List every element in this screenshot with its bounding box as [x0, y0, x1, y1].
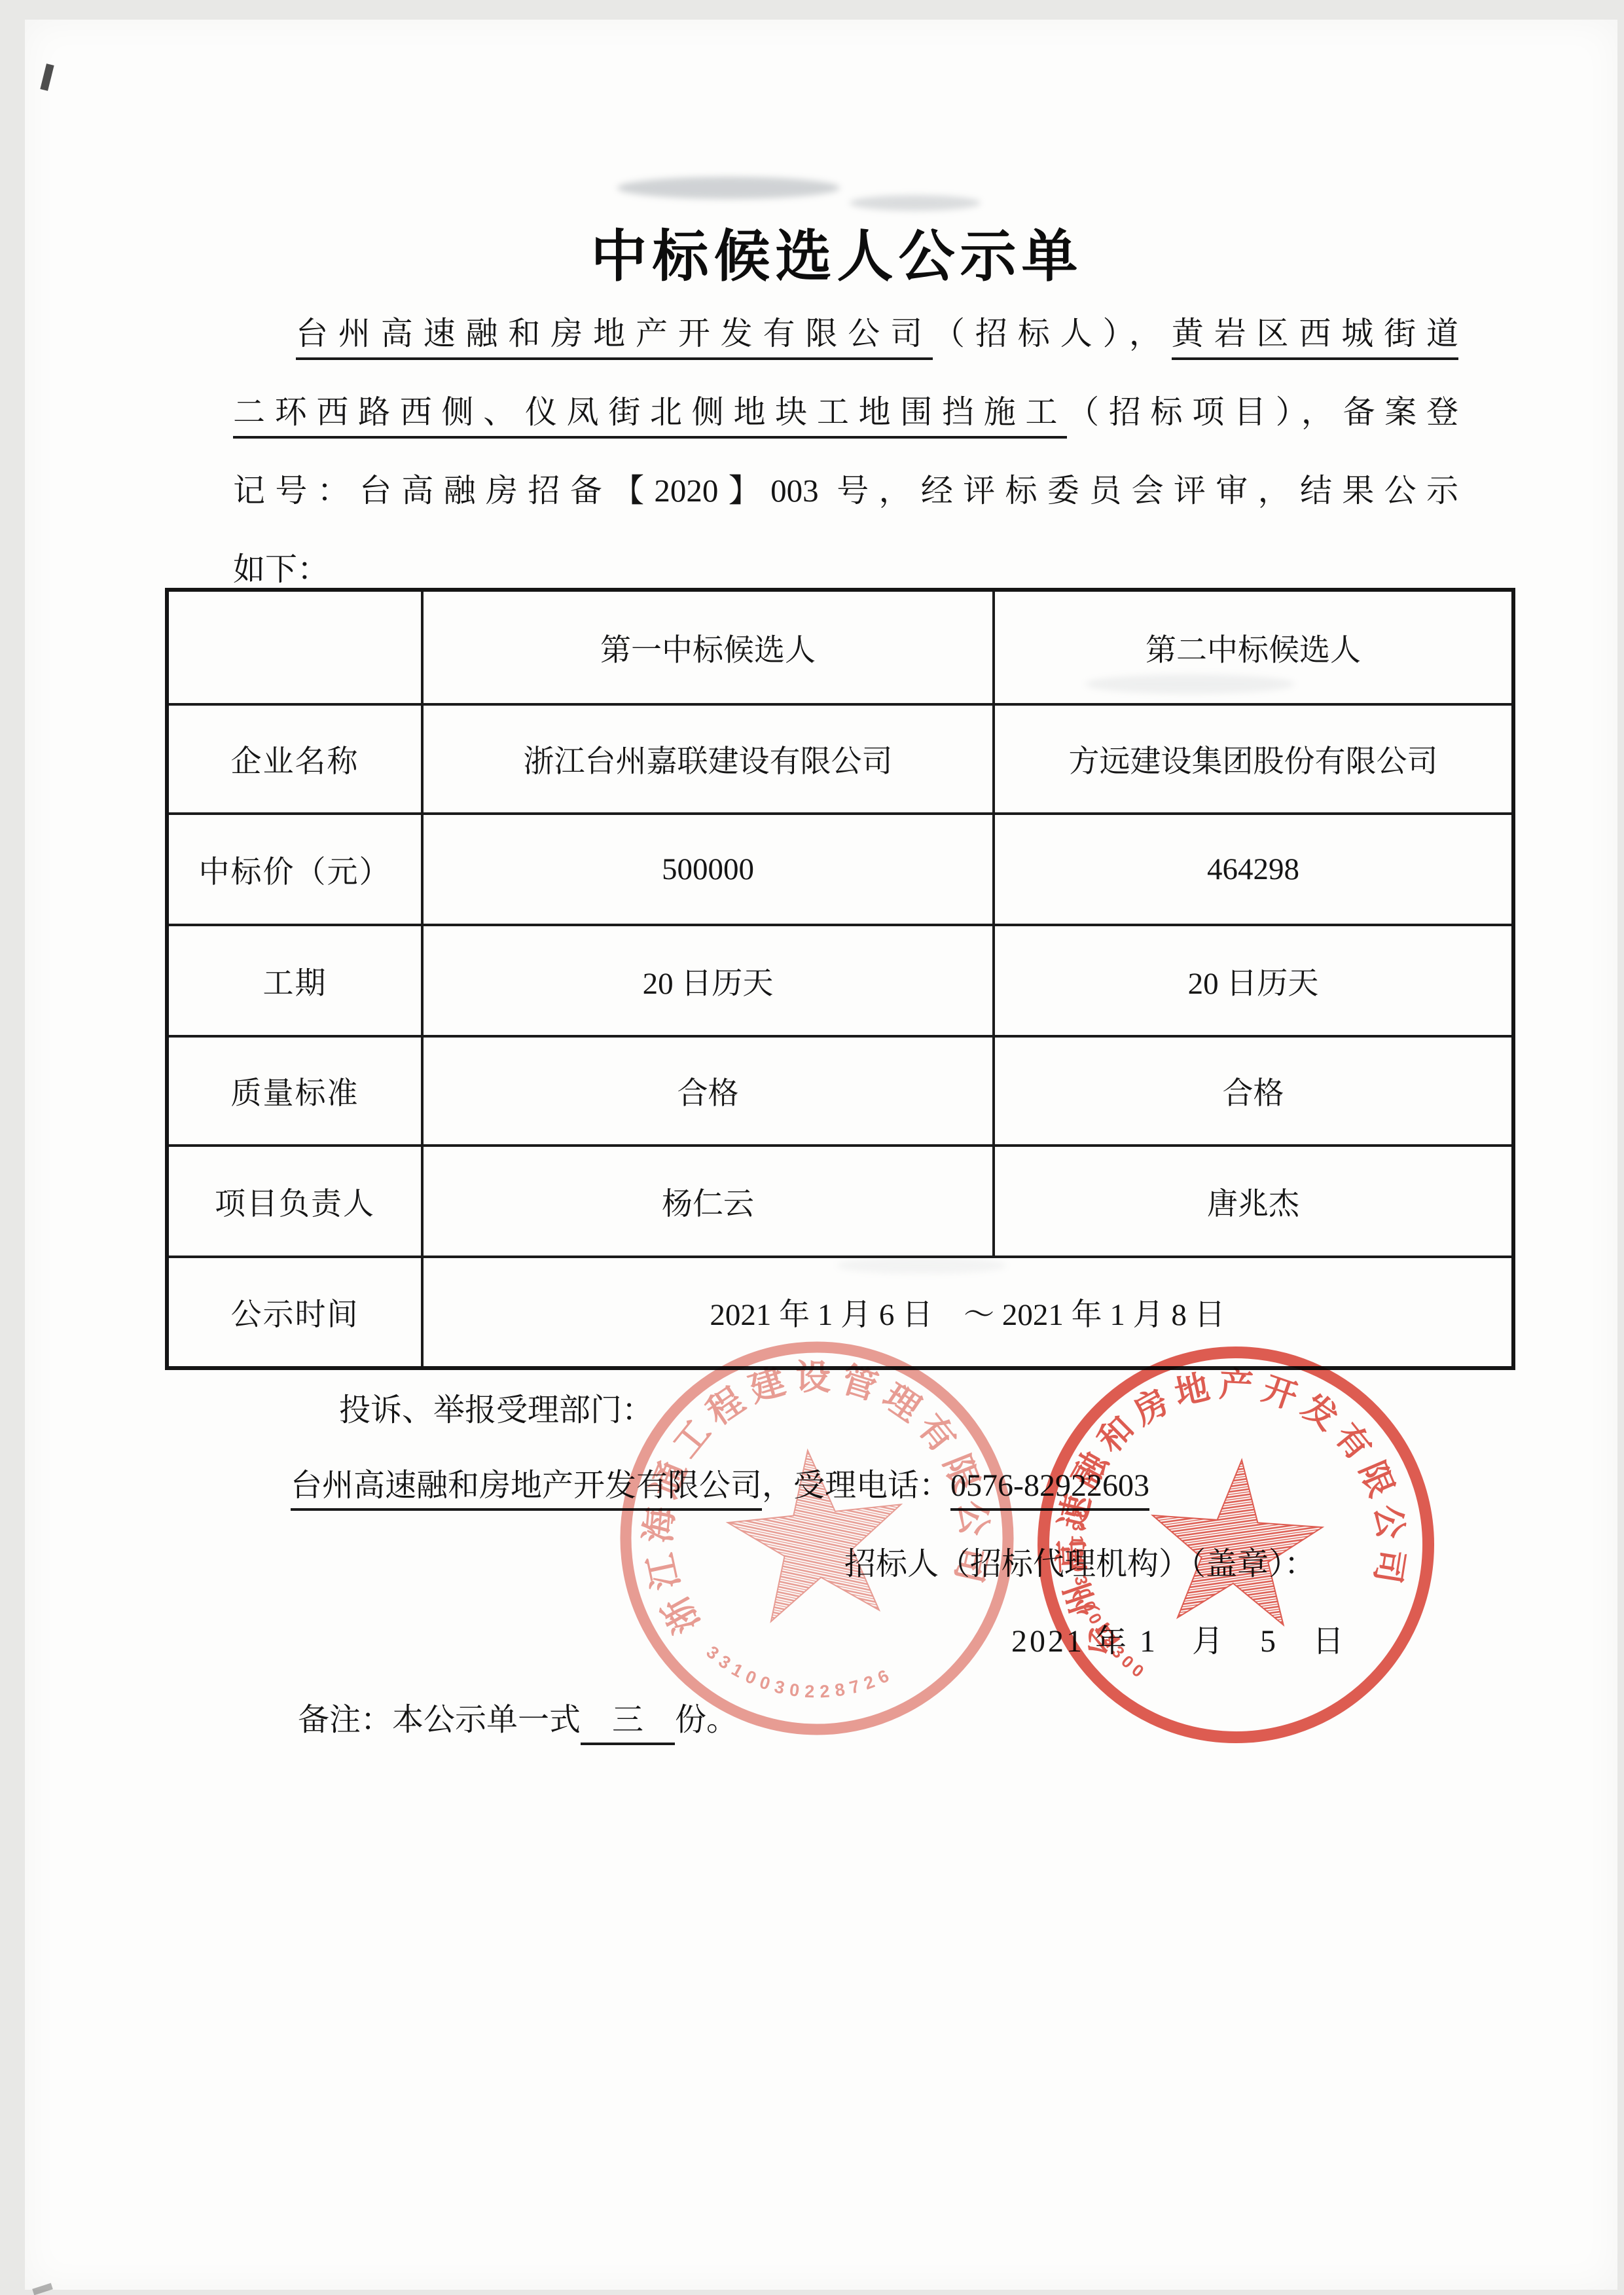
- cell-value: 浙江台州嘉联建设有限公司: [422, 704, 994, 814]
- header-cell-first-candidate: 第一中标候选人: [422, 590, 994, 704]
- row-label: 质量标准: [167, 1036, 422, 1146]
- intro-text: （招标人），: [933, 316, 1172, 352]
- intro-line-1: 台州高速融和房地产开发有限公司（招标人），黄岩区西城街道: [233, 295, 1458, 373]
- cell-value: 杨仁云: [422, 1146, 994, 1257]
- cell-value: 20 日历天: [994, 925, 1513, 1036]
- cell-value: 20 日历天: [422, 925, 994, 1036]
- underlined-text: 黄岩区西城街道: [1172, 316, 1458, 360]
- table-row: 项目负责人 杨仁云 唐兆杰: [167, 1146, 1513, 1257]
- table-header-row: 第一中标候选人 第二中标候选人: [167, 590, 1513, 704]
- svg-text:3310030228726: 3310030228726: [701, 1623, 899, 1714]
- stamp-right-seal: 台州高速融和房地产开发有限公司 33100300028300: [1012, 1321, 1459, 1768]
- cell-value: 464298: [994, 814, 1513, 925]
- row-label: 公示时间: [167, 1257, 422, 1368]
- header-cell-second-candidate: 第二中标候选人: [994, 590, 1513, 704]
- cell-value: 方远建设集团股份有限公司: [994, 704, 1513, 814]
- table-row: 中标价（元） 500000 464298: [167, 814, 1513, 925]
- cell-value: 合格: [422, 1036, 994, 1146]
- scanned-document: { "document": { "title": "中标候选人公示单", "in…: [0, 0, 1624, 2295]
- row-label: 工期: [167, 925, 422, 1036]
- star-icon: [721, 1441, 912, 1625]
- intro-line-3: 记号：台高融房招备【2020】003 号，经评标委员会评审，结果公示: [233, 452, 1458, 530]
- table-row: 企业名称 浙江台州嘉联建设有限公司 方远建设集团股份有限公司: [167, 704, 1513, 814]
- underlined-text: 二环西路西侧、仪凤街北侧地块工地围挡施工: [233, 394, 1067, 439]
- header-cell-blank: [167, 590, 422, 704]
- table-row: 质量标准 合格 合格: [167, 1036, 1513, 1146]
- row-label: 企业名称: [167, 704, 422, 814]
- row-label: 项目负责人: [167, 1146, 422, 1257]
- cell-value: 唐兆杰: [994, 1146, 1513, 1257]
- stamp-left-seal: 浙江海通工程建设管理有限公司 3310030228726: [586, 1308, 1047, 1768]
- candidate-table: 第一中标候选人 第二中标候选人 企业名称 浙江台州嘉联建设有限公司 方远建设集团…: [165, 588, 1515, 1370]
- cell-value: 合格: [994, 1036, 1513, 1146]
- table-row: 工期 20 日历天 20 日历天: [167, 925, 1513, 1036]
- intro-paragraph: 台州高速融和房地产开发有限公司（招标人），黄岩区西城街道 二环西路西侧、仪凤街北…: [233, 295, 1458, 609]
- scan-corner-mark-bottom: [32, 2283, 53, 2295]
- cell-value: 500000: [422, 814, 994, 925]
- scan-smudge: [850, 195, 981, 211]
- page-title: 中标候选人公示单: [25, 211, 1624, 292]
- document-page: 中标候选人公示单 台州高速融和房地产开发有限公司（招标人），黄岩区西城街道 二环…: [25, 20, 1617, 2290]
- intro-line-2: 二环西路西侧、仪凤街北侧地块工地围挡施工（招标项目），备案登: [233, 373, 1458, 452]
- stamp-serial: 3310030228726: [701, 1623, 899, 1714]
- row-label: 中标价（元）: [167, 814, 422, 925]
- scan-smudge: [617, 177, 840, 199]
- note-prefix: 备注：本公示单一式: [298, 1703, 581, 1737]
- scan-corner-mark: [40, 63, 54, 91]
- underlined-text: 台州高速融和房地产开发有限公司: [296, 316, 933, 360]
- intro-text: （招标项目），备案登: [1067, 394, 1458, 430]
- star-icon: [1146, 1454, 1327, 1627]
